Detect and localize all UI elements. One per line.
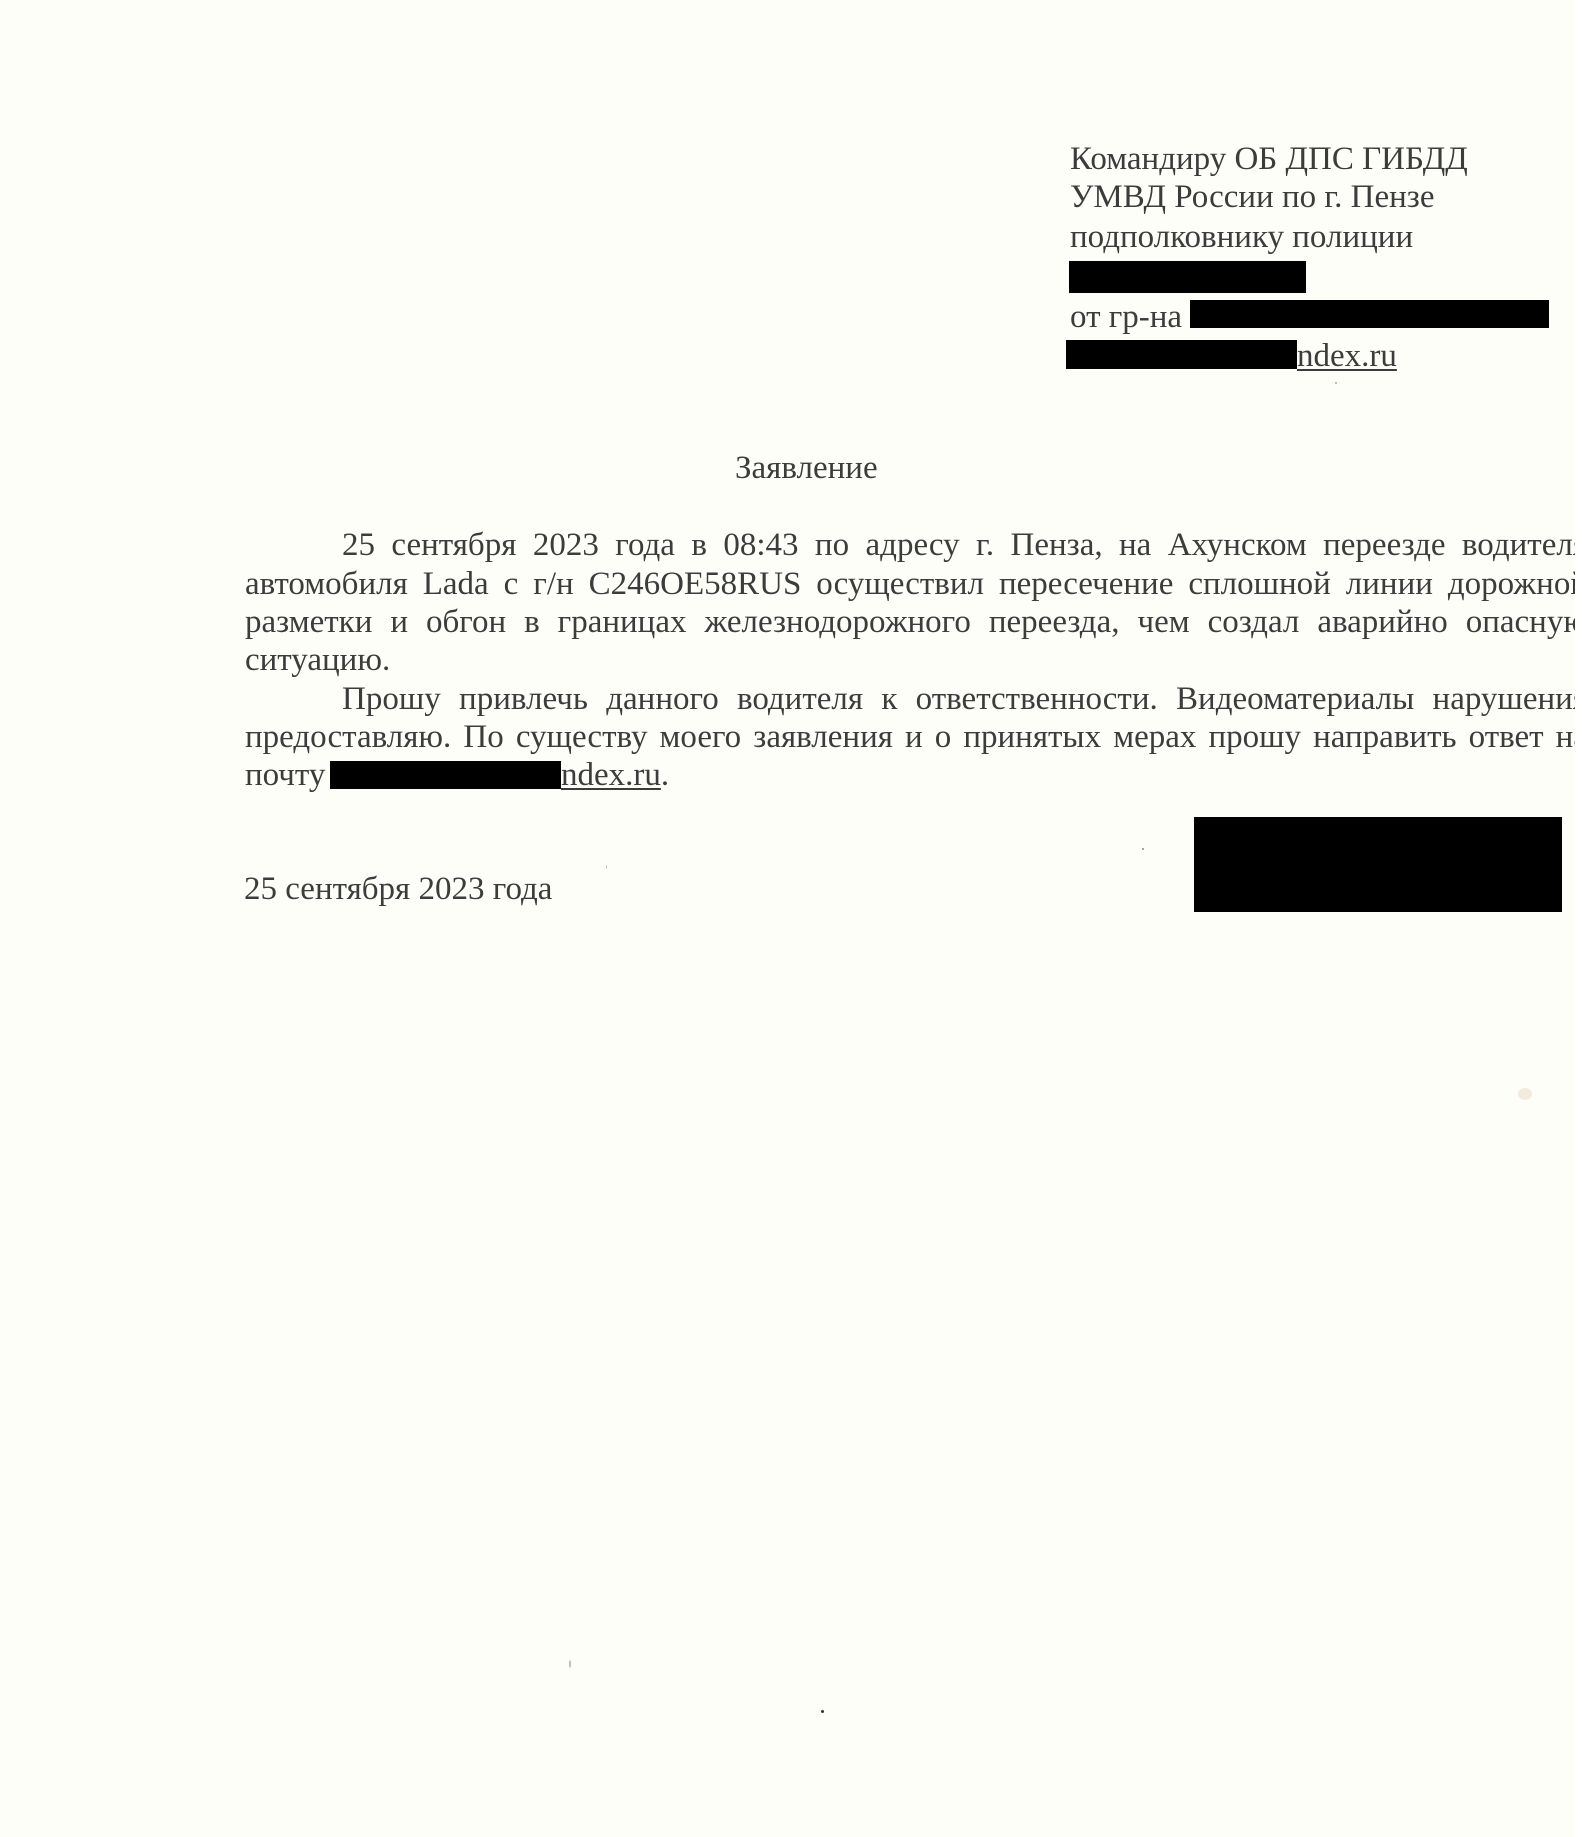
paragraph-2-line-2: предоставляю. По существу моего заявлени…: [245, 721, 1575, 754]
document-page: Командиру ОБ ДПС ГИБДД УМВД России по г.…: [0, 0, 1575, 1837]
footer-date: 25 сентября 2023 года: [244, 873, 552, 906]
paragraph-2-line-1: Прошу привлечь данного водителя к ответс…: [342, 683, 1575, 716]
paragraph-1-line-2: автомобиля Lada с г/н С246ОЕ58RUS осущес…: [245, 568, 1575, 601]
redacted-officer-name: [1069, 261, 1306, 293]
paragraph-1-line-1: 25 сентября 2023 года в 08:43 по адресу …: [342, 529, 1575, 562]
from-label: от гр-на: [1070, 301, 1182, 334]
scan-speck: [1518, 1088, 1532, 1100]
applicant-email-suffix: ndex.ru: [1297, 340, 1397, 373]
scan-speck: [1142, 848, 1144, 850]
scan-edge: [1575, 0, 1593, 1837]
addressee-line-3: подполковнику полиции: [1070, 221, 1413, 254]
redacted-contact-email: [330, 761, 561, 789]
scan-speck: [1335, 382, 1337, 384]
paragraph-2-line-3-prefix: почту: [245, 759, 325, 792]
redacted-applicant-name: [1190, 300, 1549, 328]
paragraph-1-line-4: ситуацию.: [245, 644, 1575, 677]
document-title: Заявление: [735, 452, 878, 485]
scan-speck: [606, 865, 607, 869]
addressee-line-2: УМВД России по г. Пензе: [1070, 181, 1434, 214]
scan-speck: [821, 1710, 824, 1713]
paragraph-1-line-3: разметки и обгон в границах железнодорож…: [245, 606, 1575, 639]
addressee-line-1: Командиру ОБ ДПС ГИБДД: [1070, 143, 1468, 176]
email-suffix-wrapper: ndex.ru.: [561, 759, 669, 792]
scan-speck: [569, 1660, 571, 1668]
sentence-end: .: [661, 757, 669, 793]
redacted-applicant-email: [1066, 340, 1297, 369]
redacted-signature: [1194, 817, 1562, 912]
contact-email-suffix: ndex.ru: [561, 757, 661, 793]
